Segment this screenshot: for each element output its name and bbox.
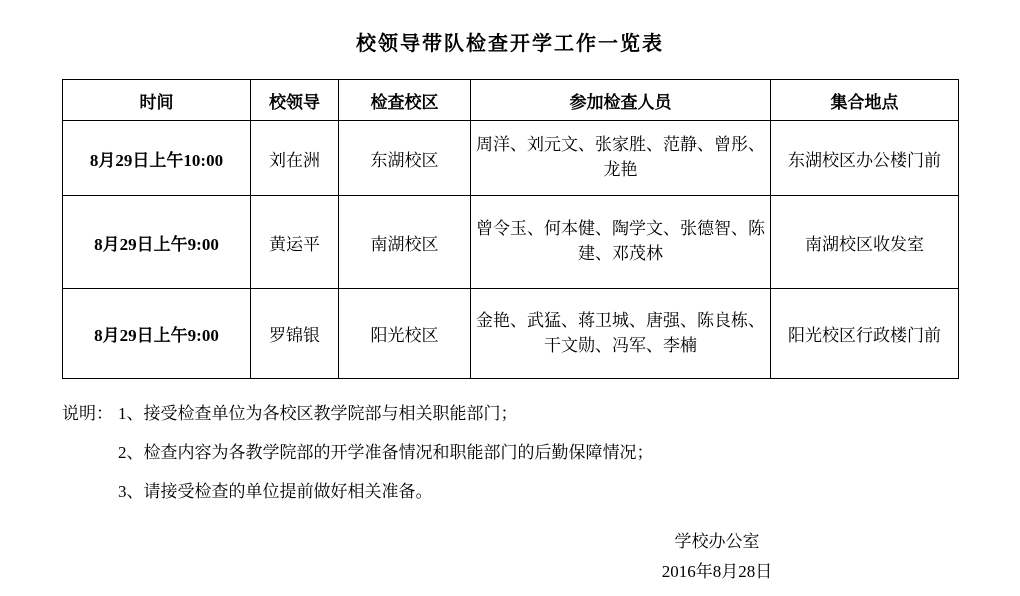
cell-campus: 东湖校区 (339, 121, 471, 196)
cell-location: 阳光校区行政楼门前 (771, 289, 959, 379)
cell-time: 8月29日上午9:00 (63, 196, 251, 289)
cell-personnel: 金艳、武猛、蒋卫城、唐强、陈良栋、干文勋、冯军、李楠 (471, 289, 771, 379)
cell-location: 东湖校区办公楼门前 (771, 121, 959, 196)
cell-personnel: 周洋、刘元文、张家胜、范静、曾彤、龙艳 (471, 121, 771, 196)
cell-leader: 刘在洲 (251, 121, 339, 196)
cell-personnel: 曾令玉、何本健、陶学文、张德智、陈建、邓茂林 (471, 196, 771, 289)
cell-campus: 阳光校区 (339, 289, 471, 379)
note-item: 3、请接受检查的单位提前做好相关准备。 (118, 479, 782, 504)
signature-date: 2016年8月28日 (577, 557, 857, 587)
header-cell-leader: 校领导 (251, 80, 339, 121)
cell-leader: 黄运平 (251, 196, 339, 289)
table-row: 8月29日上午9:00 罗锦银 阳光校区 金艳、武猛、蒋卫城、唐强、陈良栋、干文… (63, 289, 959, 379)
schedule-table: 时间 校领导 检查校区 参加检查人员 集合地点 8月29日上午10:00 刘在洲… (62, 79, 959, 379)
cell-time: 8月29日上午10:00 (63, 121, 251, 196)
cell-campus: 南湖校区 (339, 196, 471, 289)
notes-label: 说明： (62, 401, 118, 426)
header-cell-personnel: 参加检查人员 (471, 80, 771, 121)
page-title: 校领导带队检查开学工作一览表 (0, 27, 1020, 56)
document-page: 校领导带队检查开学工作一览表 时间 校领导 检查校区 参加检查人员 集合地点 8… (0, 0, 1020, 596)
table-row: 8月29日上午9:00 黄运平 南湖校区 曾令玉、何本健、陶学文、张德智、陈建、… (63, 196, 959, 289)
header-cell-campus: 检查校区 (339, 80, 471, 121)
cell-time: 8月29日上午9:00 (63, 289, 251, 379)
note-item: 1、接受检查单位为各校区教学院部与相关职能部门； (118, 404, 518, 423)
table-row: 8月29日上午10:00 刘在洲 东湖校区 周洋、刘元文、张家胜、范静、曾彤、龙… (63, 121, 959, 196)
table-header-row: 时间 校领导 检查校区 参加检查人员 集合地点 (63, 80, 959, 121)
header-cell-time: 时间 (63, 80, 251, 121)
signature-org: 学校办公室 (577, 527, 857, 557)
cell-location: 南湖校区收发室 (771, 196, 959, 289)
header-cell-location: 集合地点 (771, 80, 959, 121)
cell-leader: 罗锦银 (251, 289, 339, 379)
notes-section: 说明：1、接受检查单位为各校区教学院部与相关职能部门； 2、检查内容为各教学院部… (62, 401, 782, 518)
note-line: 说明：1、接受检查单位为各校区教学院部与相关职能部门； (62, 401, 782, 426)
note-item: 2、检查内容为各教学院部的开学准备情况和职能部门的后勤保障情况； (118, 440, 782, 465)
signature-block: 学校办公室 2016年8月28日 (577, 527, 857, 587)
